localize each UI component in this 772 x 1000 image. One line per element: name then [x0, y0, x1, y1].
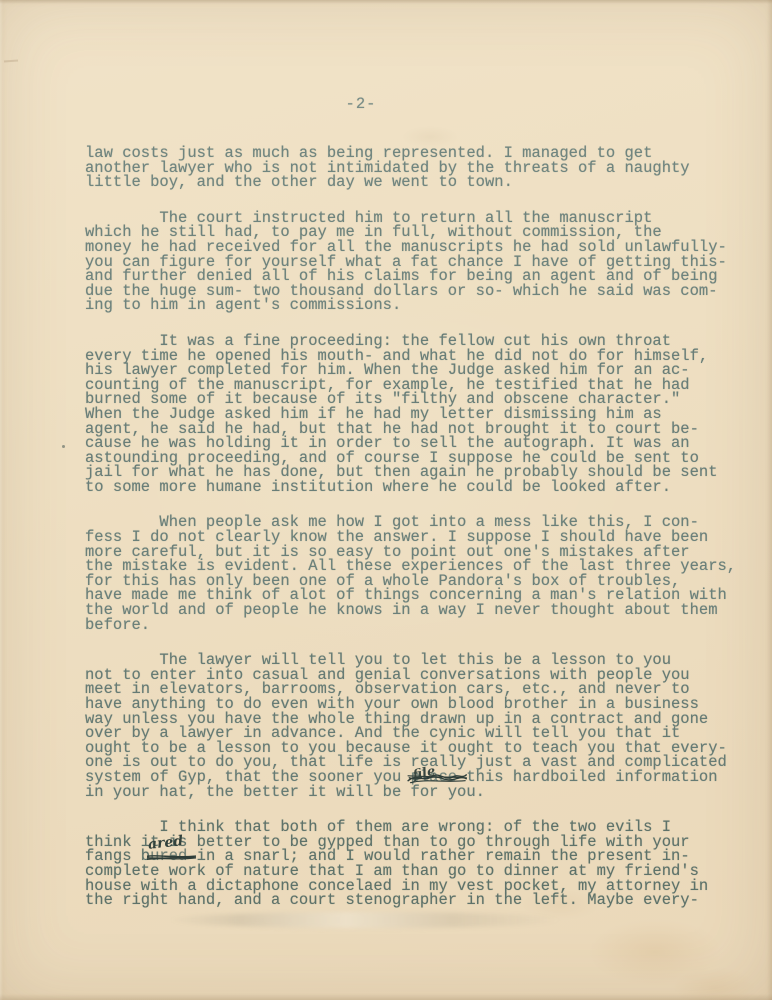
page-number: -2-	[0, 95, 722, 113]
letter-body: law costs just as much as being represen…	[85, 146, 772, 929]
struck-word-fangs-line: uredared	[150, 849, 187, 864]
paragraph-5: The lawyer will tell you to let this be …	[85, 653, 772, 799]
paragraph-6: I think that both of them are wrong: of …	[85, 820, 772, 908]
paragraph-1: law costs just as much as being represen…	[85, 146, 772, 190]
paragraph-3: It was a fine proceeding: the fellow cut…	[85, 334, 772, 495]
ink-speck	[62, 445, 65, 448]
paragraph-5-text-before: The lawyer will tell you to let this be …	[85, 651, 727, 786]
struck-word-gyp-line: placefile	[411, 770, 458, 785]
paper-mark	[4, 60, 18, 63]
paragraph-2: The court instructed him to return all t…	[85, 211, 772, 313]
paragraph-4: When people ask me how I got into a mess…	[85, 515, 772, 632]
letter-page: -2- law costs just as much as being repr…	[0, 0, 772, 1000]
